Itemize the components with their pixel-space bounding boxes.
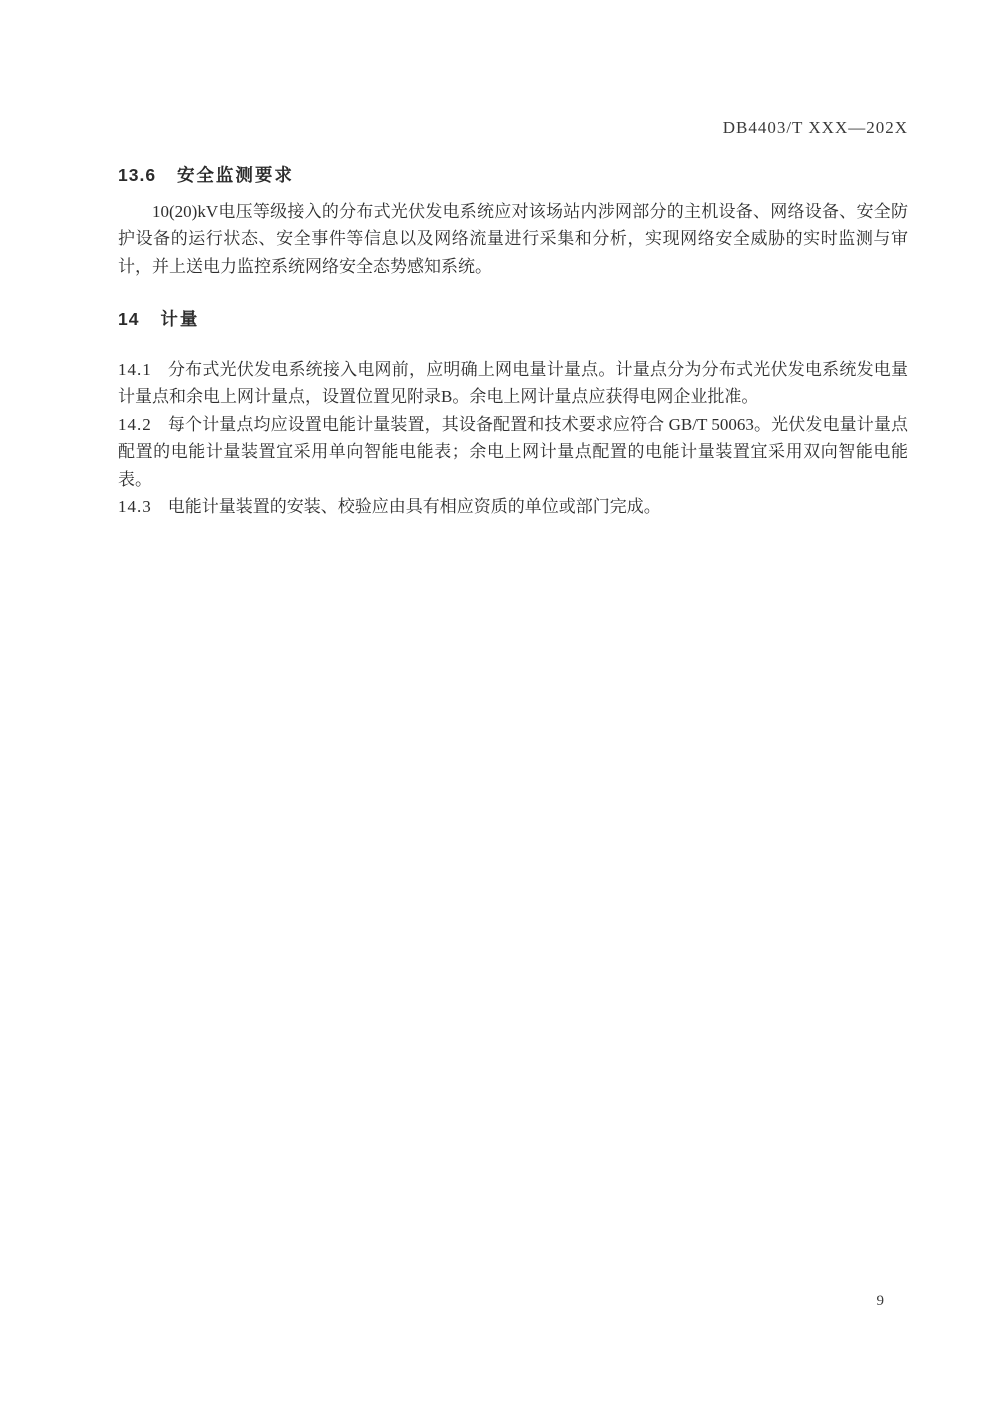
section-13-6-number: 13.6 [118, 165, 156, 185]
section-13-6-title: 安全监测要求 [177, 165, 294, 185]
section-14-number: 14 [118, 309, 139, 329]
clause-14-3: 14.3电能计量装置的安装、校验应由具有相应资质的单位或部门完成。 [118, 493, 908, 520]
document-code: DB4403/T XXX—202X [118, 118, 908, 138]
clause-14-1-text: 分布式光伏发电系统接入电网前，应明确上网电量计量点。计量点分为分布式光伏发电系统… [118, 360, 908, 406]
clause-list: 14.1分布式光伏发电系统接入电网前，应明确上网电量计量点。计量点分为分布式光伏… [118, 356, 908, 520]
clause-14-3-number: 14.3 [118, 497, 152, 516]
paragraph-13-6: 10(20)kV电压等级接入的分布式光伏发电系统应对该场站内涉网部分的主机设备、… [118, 198, 908, 280]
section-heading-13-6: 13.6 安全监测要求 [118, 162, 908, 187]
page-number: 9 [118, 1293, 884, 1310]
clause-14-2-number: 14.2 [118, 415, 152, 434]
section-heading-14: 14 计量 [118, 306, 908, 331]
clause-14-2: 14.2每个计量点均应设置电能计量装置，其设备配置和技术要求应符合 GB/T 5… [118, 411, 908, 493]
section-14-title: 计量 [160, 309, 199, 329]
clause-14-3-text: 电能计量装置的安装、校验应由具有相应资质的单位或部门完成。 [168, 497, 661, 516]
document-page: DB4403/T XXX—202X 13.6 安全监测要求 10(20)kV电压… [0, 0, 1000, 1414]
clause-14-1: 14.1分布式光伏发电系统接入电网前，应明确上网电量计量点。计量点分为分布式光伏… [118, 356, 908, 411]
clause-14-2-text: 每个计量点均应设置电能计量装置，其设备配置和技术要求应符合 GB/T 50063… [118, 415, 908, 489]
clause-14-1-number: 14.1 [118, 360, 152, 379]
